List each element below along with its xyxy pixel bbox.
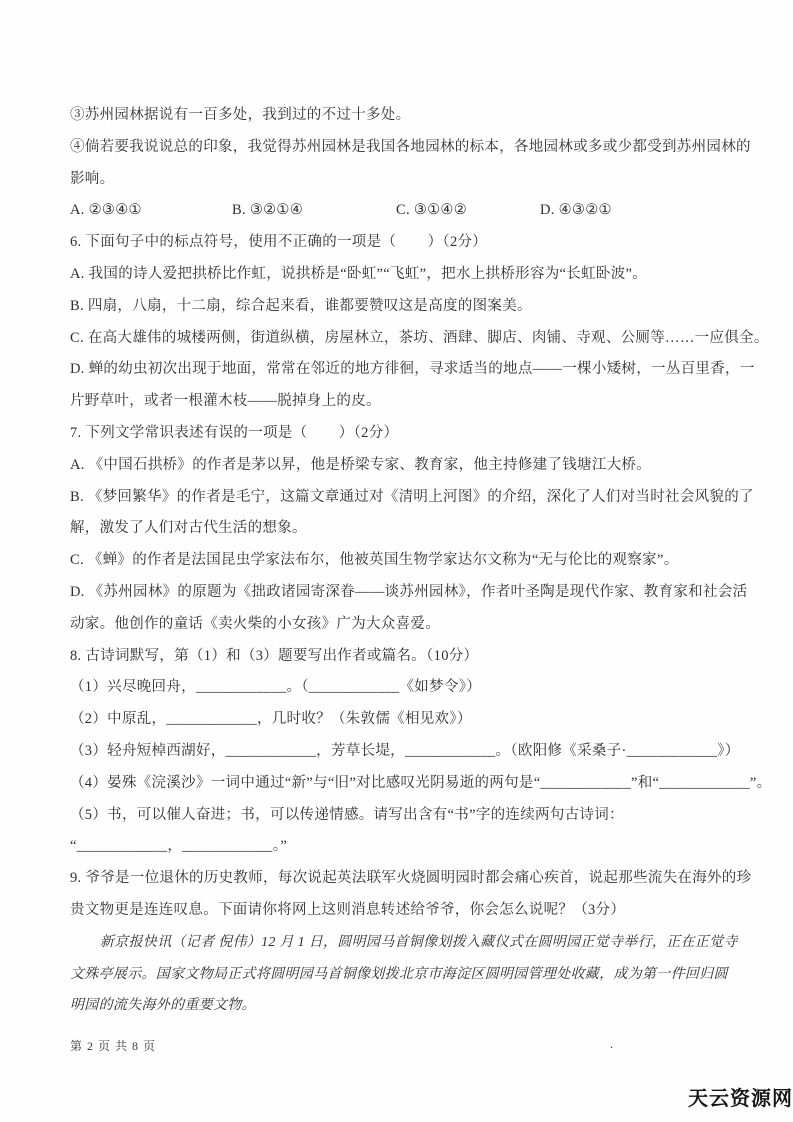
question6-stem: 6. 下面句子中的标点符号，使用不正确的一项是（ ）（2分） (70, 227, 740, 259)
question5-choices: A. ②③④①B. ③②①④C. ③①④②D. ④③②① (70, 195, 740, 227)
question8-item-5-blanks: “____________，____________。” (70, 831, 740, 863)
site-watermark: 天云资源网 (688, 1082, 793, 1111)
question6-choice-d-cont: 片野草叶，或者一根灌木枝——脱掉身上的皮。 (70, 386, 740, 418)
question8-stem: 8. 古诗词默写，第（1）和（3）题要写出作者或篇名。（10分） (70, 641, 740, 673)
question6-choice-c: C. 在高大雄伟的城楼两侧，街道纵横，房屋林立，茶坊、酒肆、脚店、肉铺、寺观、公… (70, 323, 740, 355)
question8-item-1: （1）兴尽晚回舟，____________。（____________《如梦令》… (70, 672, 740, 704)
sentence-item-4-cont: 影响。 (70, 164, 740, 196)
stray-dot-mark: . (610, 1036, 613, 1052)
question8-item-3: （3）轻舟短棹西湖好，____________，芳草长堤，___________… (70, 736, 740, 768)
question7-choice-b-cont: 解，激发了人们对古代生活的想象。 (70, 513, 740, 545)
document-body: ③苏州园林据说有一百多处，我到过的不过十多处。④倘若要我说说总的印象，我觉得苏州… (70, 100, 740, 1022)
question6-choice-d: D. 蝉的幼虫初次出现于地面，常常在邻近的地方徘徊，寻求适当的地点——一棵小矮树… (70, 354, 740, 386)
news-excerpt-line1: 新京报快讯（记者 倪伟）12 月 1 日，圆明园马首铜像划拨入藏仪式在圆明园正觉… (70, 927, 740, 959)
question6-choice-b: B. 四扇，八扇，十二扇，综合起来看，谁都要赞叹这是高度的图案美。 (70, 291, 740, 323)
choice-option: D. ④③②① (540, 195, 612, 227)
question6-choice-a: A. 我国的诗人爱把拱桥比作虹，说拱桥是“卧虹”“飞虹”，把水上拱桥形容为“长虹… (70, 259, 740, 291)
question7-stem: 7. 下列文学常识表述有误的一项是（ ）（2分） (70, 418, 740, 450)
choice-option: A. ②③④① (70, 195, 142, 227)
news-excerpt-line3: 明园的流失海外的重要文物。 (70, 990, 740, 1022)
sentence-item-4: ④倘若要我说说总的印象，我觉得苏州园林是我国各地园林的标本，各地园林或多或少都受… (70, 132, 740, 164)
question7-choice-c: C. 《蝉》的作者是法国昆虫学家法布尔，他被英国生物学家达尔文称为“无与伦比的观… (70, 545, 740, 577)
question7-choice-a: A. 《中国石拱桥》的作者是茅以昇，他是桥梁专家、教育家，他主持修建了钱塘江大桥… (70, 450, 740, 482)
news-excerpt-line2: 文殊亭展示。国家文物局正式将圆明园马首铜像划拨北京市海淀区圆明园管理处收藏，成为… (70, 959, 740, 991)
question8-item-5: （5）书，可以催人奋进；书，可以传递情感。请写出含有“书”字的连续两句古诗词： (70, 800, 740, 832)
exam-page: ③苏州园林据说有一百多处，我到过的不过十多处。④倘若要我说说总的印象，我觉得苏州… (0, 0, 793, 1122)
choice-option: C. ③①④② (396, 195, 467, 227)
page-number-label: 第 2 页 共 8 页 (70, 1038, 156, 1054)
choice-option: B. ③②①④ (232, 195, 303, 227)
sentence-item-3: ③苏州园林据说有一百多处，我到过的不过十多处。 (70, 100, 740, 132)
question9-stem-cont: 贵文物更是连连叹息。下面请你将网上这则消息转述给爷爷，你会怎么说呢？（3分） (70, 895, 740, 927)
question9-stem: 9. 爷爷是一位退休的历史教师，每次说起英法联军火烧圆明园时都会痛心疾首，说起那… (70, 863, 740, 895)
question8-item-4: （4）晏殊《浣溪沙》一词中通过“新”与“旧”对比感叹光阴易逝的两句是“_____… (70, 768, 740, 800)
question8-item-2: （2）中原乱，____________，几时收？（朱敦儒《相见欢》） (70, 704, 740, 736)
question7-choice-b: B. 《梦回繁华》的作者是毛宁，这篇文章通过对《清明上河图》的介绍，深化了人们对… (70, 482, 740, 514)
question7-choice-d-cont: 动家。他创作的童话《卖火柴的小女孩》广为大众喜爱。 (70, 609, 740, 641)
question7-choice-d: D. 《苏州园林》的原题为《拙政诸园寄深眷——谈苏州园林》，作者叶圣陶是现代作家… (70, 577, 740, 609)
